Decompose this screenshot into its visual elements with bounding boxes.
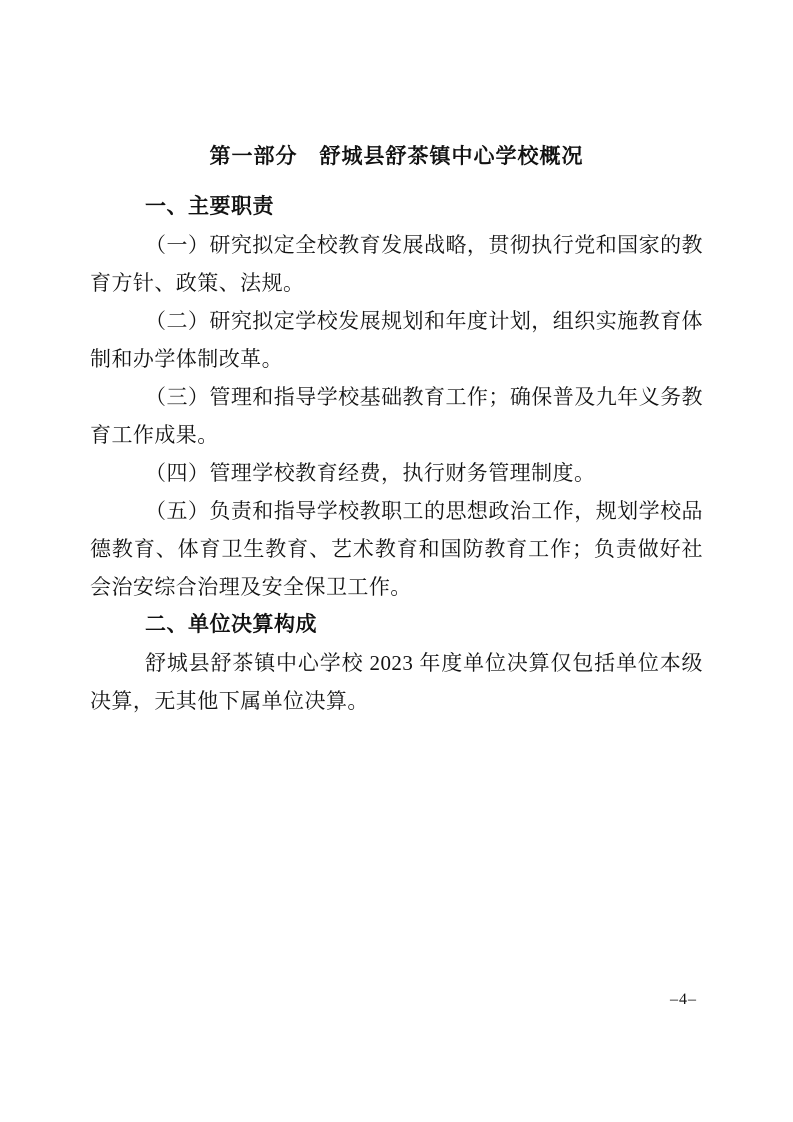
- document-page: 第一部分 舒城县舒茶镇中心学校概况 一、主要职责 （一）研究拟定全校教育发展战略…: [0, 0, 793, 1122]
- page-number: –4–: [670, 990, 697, 1010]
- page-title: 第一部分 舒城县舒茶镇中心学校概况: [90, 137, 703, 177]
- duty-paragraph-2: （二）研究拟定学校发展规划和年度计划，组织实施教育体制和办学体制改革。: [90, 302, 703, 378]
- section-final-accounts-composition: 二、单位决算构成 舒城县舒茶镇中心学校 2023 年度单位决算仅包括单位本级决算…: [90, 606, 703, 720]
- duty-paragraph-5: （五）负责和指导学校教职工的思想政治工作，规划学校品德教育、体育卫生教育、艺术教…: [90, 492, 703, 606]
- duty-paragraph-1: （一）研究拟定全校教育发展战略，贯彻执行党和国家的教育方针、政策、法规。: [90, 226, 703, 302]
- section-heading-main-duties: 一、主要职责: [90, 188, 703, 226]
- duty-paragraph-3: （三）管理和指导学校基础教育工作；确保普及九年义务教育工作成果。: [90, 378, 703, 454]
- duty-paragraph-4: （四）管理学校教育经费，执行财务管理制度。: [90, 454, 703, 492]
- section-heading-final-accounts: 二、单位决算构成: [90, 606, 703, 644]
- document-content: 第一部分 舒城县舒茶镇中心学校概况 一、主要职责 （一）研究拟定全校教育发展战略…: [90, 137, 703, 720]
- final-accounts-paragraph: 舒城县舒茶镇中心学校 2023 年度单位决算仅包括单位本级决算，无其他下属单位决…: [90, 644, 703, 720]
- section-main-duties: 一、主要职责 （一）研究拟定全校教育发展战略，贯彻执行党和国家的教育方针、政策、…: [90, 188, 703, 606]
